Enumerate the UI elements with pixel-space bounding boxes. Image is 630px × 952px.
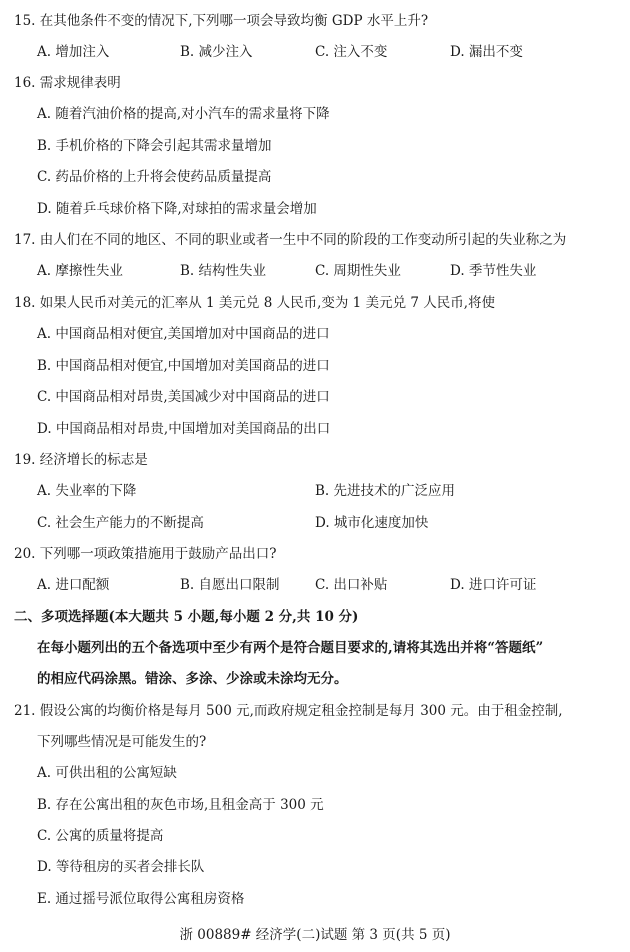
question-20-option-a: A. 进口配额 (37, 576, 109, 594)
section-instruction-line1: 在每小题列出的五个备选项中至少有两个是符合题目要求的,请将其选出并将“答题纸” (37, 639, 543, 657)
question-17-option-b: B. 结构性失业 (180, 262, 266, 280)
question-16-option-a: A. 随着汽油价格的提高,对小汽车的需求量将下降 (37, 105, 330, 123)
question-17-option-a: A. 摩擦性失业 (37, 262, 123, 280)
question-20-stem: 20. 下列哪一项政策措施用于鼓励产品出口? (14, 545, 277, 563)
question-18-option-a: A. 中国商品相对便宜,美国增加对中国商品的进口 (37, 325, 330, 343)
question-15-option-c: C. 注入不变 (315, 43, 387, 61)
question-19-option-a: A. 失业率的下降 (37, 482, 136, 500)
question-17-stem: 17. 由人们在不同的地区、不同的职业或者一生中不同的阶段的工作变动所引起的失业… (14, 231, 566, 249)
question-18-option-c: C. 中国商品相对昂贵,美国减少对中国商品的进口 (37, 388, 330, 406)
question-18-option-d: D. 中国商品相对昂贵,中国增加对美国商品的出口 (37, 420, 330, 438)
question-20-option-d: D. 进口许可证 (450, 576, 536, 594)
question-21-option-b: B. 存在公寓出租的灰色市场,且租金高于 300 元 (37, 796, 324, 814)
question-15-stem: 15. 在其他条件不变的情况下,下列哪一项会导致均衡 GDP 水平上升? (14, 12, 428, 30)
question-19-option-b: B. 先进技术的广泛应用 (315, 482, 455, 500)
question-15-option-b: B. 减少注入 (180, 43, 253, 61)
question-16-option-c: C. 药品价格的上升将会使药品质量提高 (37, 168, 271, 186)
question-17-option-c: C. 周期性失业 (315, 262, 401, 280)
question-21-option-d: D. 等待租房的买者会排长队 (37, 858, 204, 876)
question-20-option-c: C. 出口补贴 (315, 576, 387, 594)
question-15-option-a: A. 增加注入 (37, 43, 109, 61)
question-18-stem: 18. 如果人民币对美元的汇率从 1 美元兑 8 人民币,变为 1 美元兑 7 … (14, 294, 495, 312)
question-17-option-d: D. 季节性失业 (450, 262, 536, 280)
question-21-stem-line1: 21. 假设公寓的均衡价格是每月 500 元,而政府规定租金控制是每月 300 … (14, 702, 563, 720)
question-21-option-c: C. 公寓的质量将提高 (37, 827, 163, 845)
question-21-option-a: A. 可供出租的公寓短缺 (37, 764, 177, 782)
question-20-option-b: B. 自愿出口限制 (180, 576, 280, 594)
question-16-option-d: D. 随着乒乓球价格下降,对球拍的需求量会增加 (37, 200, 317, 218)
question-16-option-b: B. 手机价格的下降会引起其需求量增加 (37, 137, 272, 155)
question-19-option-c: C. 社会生产能力的不断提高 (37, 514, 204, 532)
section-instruction-line2: 的相应代码涂黑。错涂、多涂、少涂或未涂均无分。 (37, 670, 348, 688)
section-title: 二、多项选择题(本大题共 5 小题,每小题 2 分,共 10 分) (14, 608, 358, 626)
question-18-option-b: B. 中国商品相对便宜,中国增加对美国商品的进口 (37, 357, 330, 375)
question-21-stem-line2: 下列哪些情况是可能发生的? (37, 733, 206, 751)
page-footer: 浙 00889# 经济学(二)试题 第 3 页(共 5 页) (0, 926, 630, 944)
question-21-option-e: E. 通过摇号派位取得公寓租房资格 (37, 890, 244, 908)
question-15-option-d: D. 漏出不变 (450, 43, 523, 61)
question-19-option-d: D. 城市化速度加快 (315, 514, 428, 532)
question-19-stem: 19. 经济增长的标志是 (14, 451, 148, 469)
question-16-stem: 16. 需求规律表明 (14, 74, 121, 92)
